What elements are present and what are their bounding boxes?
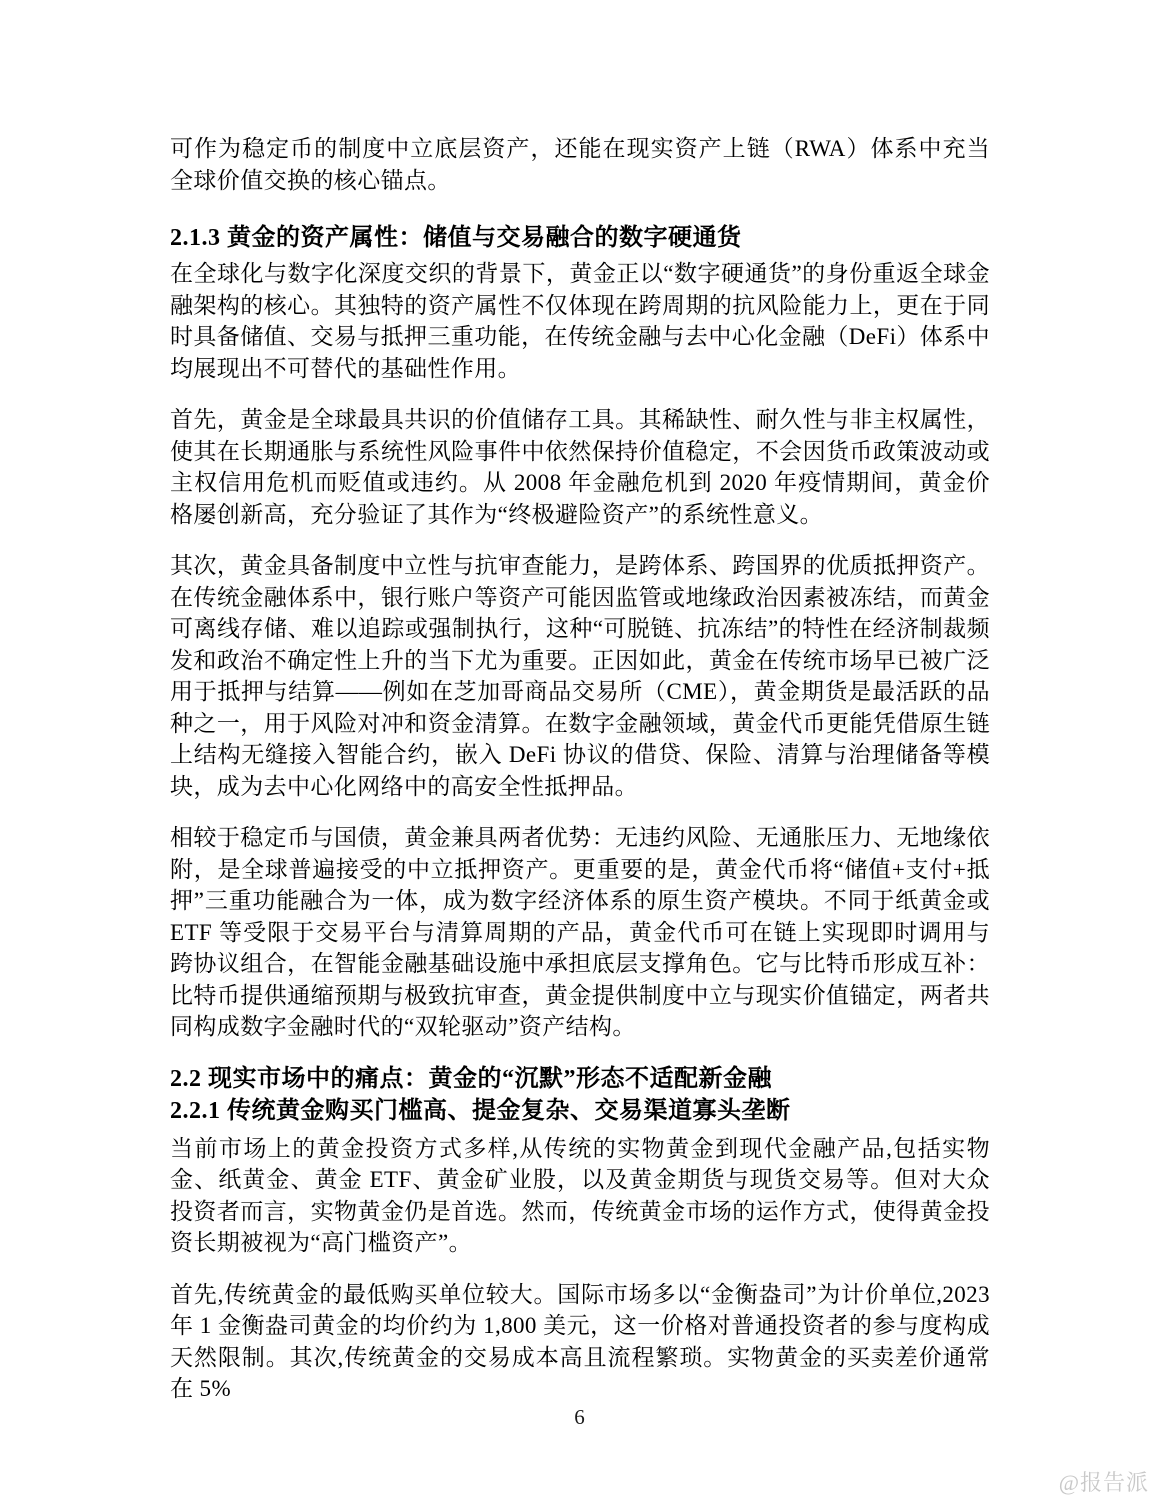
intro-paragraph: 可作为稳定币的制度中立底层资产，还能在现实资产上链（RWA）体系中充当全球价值交… (170, 133, 990, 196)
section-2-1-3-heading: 2.1.3 黄金的资产属性：储值与交易融合的数字硬通货 (170, 222, 990, 254)
section-2-1-3-paragraph-4: 相较于稳定币与国债，黄金兼具两者优势：无违约风险、无通胀压力、无地缘依附，是全球… (170, 822, 990, 1043)
section-2-1-3-paragraph-3: 其次，黄金具备制度中立性与抗审查能力，是跨体系、跨国界的优质抵押资产。在传统金融… (170, 550, 990, 802)
watermark: @报告派 (1059, 1466, 1149, 1497)
section-2-1-3-paragraph-2: 首先，黄金是全球最具共识的价值储存工具。其稀缺性、耐久性与非主权属性，使其在长期… (170, 404, 990, 530)
section-2-2-1-paragraph-2: 首先,传统黄金的最低购买单位较大。国际市场多以“金衡盎司”为计价单位,2023 … (170, 1279, 990, 1405)
section-2-2-heading: 2.2 现实市场中的痛点：黄金的“沉默”形态不适配新金融 (170, 1063, 990, 1095)
section-2-2-1-paragraph-1: 当前市场上的黄金投资方式多样,从传统的实物黄金到现代金融产品,包括实物金、纸黄金… (170, 1133, 990, 1259)
document-page: 可作为稳定币的制度中立底层资产，还能在现实资产上链（RWA）体系中充当全球价值交… (0, 0, 1159, 1500)
section-2-1-3-paragraph-1: 在全球化与数字化深度交织的背景下，黄金正以“数字硬通货”的身份重返全球金融架构的… (170, 258, 990, 384)
page-content: 可作为稳定币的制度中立底层资产，还能在现实资产上链（RWA）体系中充当全球价值交… (170, 133, 990, 1405)
section-2-2-1-heading: 2.2.1 传统黄金购买门槛高、提金复杂、交易渠道寡头垄断 (170, 1095, 990, 1127)
page-number: 6 (0, 1405, 1159, 1430)
